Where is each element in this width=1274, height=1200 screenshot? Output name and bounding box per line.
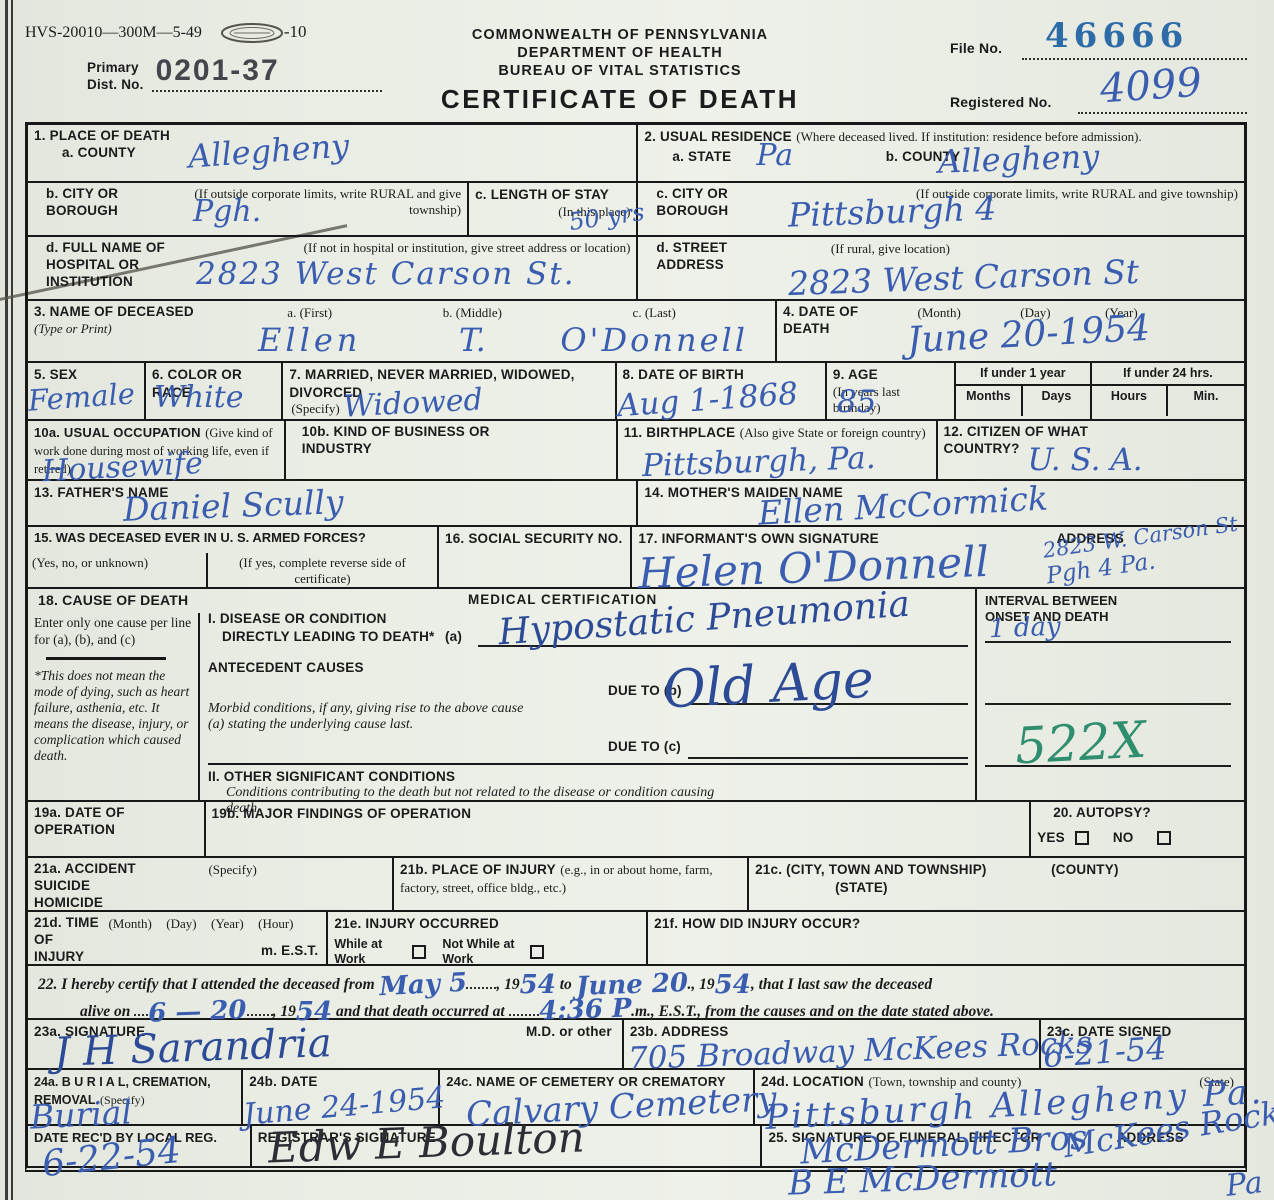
section-21b-place-of-injury: 21b. PLACE OF INJURY (e.g., in or about … xyxy=(394,858,749,910)
middle-name-label: b. (Middle) xyxy=(443,305,502,320)
section-6-label: 6. COLOR OR RACE xyxy=(152,367,242,400)
date-received-label: DATE REC'D BY LOCAL REG. xyxy=(34,1130,217,1145)
section-23b-address: 23b. ADDRESS 705 Broadway McKees Rocks xyxy=(624,1020,1041,1068)
due-to-c-label: DUE TO (c) xyxy=(608,739,681,756)
certify-p7: , 19 xyxy=(273,1003,296,1020)
section-15-label: 15. WAS DECEASED EVER IN U. S. ARMED FOR… xyxy=(28,527,437,549)
months-label: Months xyxy=(956,386,1023,416)
first-name-value: Ellen xyxy=(214,324,405,356)
dots-3 xyxy=(247,1004,273,1016)
section-13-label: 13. FATHER'S NAME xyxy=(34,485,169,500)
header-center: COMMONWEALTH OF PENNSYLVANIA DEPARTMENT … xyxy=(355,26,885,115)
section-9-label: 9. AGE xyxy=(833,367,878,382)
section-24c-label: 24c. NAME OF CEMETERY OR CREMATORY xyxy=(446,1074,726,1089)
section-22-certification: 22. I hereby certify that I attended the… xyxy=(28,966,1244,1020)
while-at-work-label: While at Work xyxy=(334,937,404,967)
section-24c-cemetery: 24c. NAME OF CEMETERY OR CREMATORY Calva… xyxy=(440,1070,755,1124)
row-1b-1c: b. CITY OR BOROUGH (If outside corporate… xyxy=(28,183,636,237)
field-1b-label: b. CITY OR BOROUGH xyxy=(46,186,142,220)
21d-year-label: (Year) xyxy=(211,916,244,931)
medical-certification-body: I. DISEASE OR CONDITION DIRECTLY LEADING… xyxy=(208,611,968,799)
certificate-header: HVS-20010—300M—5-49 -10 Primary Dist. No… xyxy=(25,6,1247,120)
certify-p3: to xyxy=(560,976,572,993)
section-21c-label: 21c. (CITY, TOWN AND TOWNSHIP) xyxy=(755,862,987,877)
row-forces-ssn-informant: 15. WAS DECEASED EVER IN U. S. ARMED FOR… xyxy=(28,527,1244,589)
section-2-note: (Where deceased lived. If institution: r… xyxy=(796,129,1141,144)
field-2d-note: (If rural, give location) xyxy=(831,241,950,256)
autopsy-no-checkbox xyxy=(1157,831,1171,845)
dots-1 xyxy=(466,977,496,989)
dots-4 xyxy=(509,1004,539,1016)
section-11-birthplace: 11. BIRTHPLACE (Also give State or forei… xyxy=(618,421,938,479)
row-burial: 24a. B U R I A L, CREMATION, REMOVAL (Sp… xyxy=(28,1070,1244,1126)
under-1-year-label: If under 1 year xyxy=(956,363,1090,381)
section-11-note: (Also give State or foreign country) xyxy=(740,425,926,440)
section-19a-label: 19a. DATE OF OPERATION xyxy=(34,805,164,839)
section-15-note2: (If yes, complete reverse side of certif… xyxy=(208,553,437,590)
section-24d-location: 24d. LOCATION (Town, township and county… xyxy=(755,1070,1244,1124)
row-place-residence: 1. PLACE OF DEATH a. COUNTY Allegheny b.… xyxy=(28,125,1244,301)
section-23c-label: 23c. DATE SIGNED xyxy=(1047,1024,1171,1039)
section-23b-label: 23b. ADDRESS xyxy=(630,1024,729,1039)
department-line: DEPARTMENT OF HEALTH xyxy=(355,44,885,62)
section-15-armed-forces: 15. WAS DECEASED EVER IN U. S. ARMED FOR… xyxy=(28,527,439,587)
21d-hour-label: (Hour) xyxy=(258,916,293,931)
last-name-value: O'Donnell xyxy=(539,324,769,356)
registered-no-dotted-line xyxy=(1078,112,1247,114)
section-1-place-of-death: 1. PLACE OF DEATH a. COUNTY Allegheny b.… xyxy=(28,125,638,299)
section-7-label: 7. MARRIED, NEVER MARRIED, WIDOWED, DIVO… xyxy=(289,367,574,400)
field-2d-value: 2823 West Carson St xyxy=(788,255,1140,300)
section-21d-time-of-injury: 21d. TIME OF INJURY (Month) (Day) (Year)… xyxy=(28,912,328,964)
registrar-signature-label: REGISTRAR'S SIGNATURE xyxy=(258,1130,436,1145)
field-2d-label: d. STREET ADDRESS xyxy=(656,240,766,274)
section-5-value: Female xyxy=(27,379,136,415)
form-number-suffix: -10 xyxy=(284,22,307,41)
field-2b-label: b. COUNTY xyxy=(886,149,961,164)
section-18-title: 18. CAUSE OF DEATH xyxy=(38,592,188,610)
field-1b-city: b. CITY OR BOROUGH (If outside corporate… xyxy=(28,183,469,235)
cause-instruction-1: Enter only one cause per line for (a), (… xyxy=(34,615,192,649)
form-number: HVS-20010—300M—5-49 xyxy=(25,24,202,41)
certificate-title: CERTIFICATE OF DEATH xyxy=(355,84,885,115)
not-while-at-work-checkbox xyxy=(530,945,544,959)
row-time-of-injury: 21d. TIME OF INJURY (Month) (Day) (Year)… xyxy=(28,912,1244,966)
row-operation-autopsy: 19a. DATE OF OPERATION 19b. MAJOR FINDIN… xyxy=(28,802,1244,858)
section-21e-injury-occurred: 21e. INJURY OCCURRED While at Work Not W… xyxy=(328,912,648,964)
first-name-label: a. (First) xyxy=(287,305,332,320)
file-no-label: File No. xyxy=(950,40,1002,58)
section-9-age: 9. AGE (In years last birthday) 85 xyxy=(827,363,956,419)
md-or-other-label: M.D. or other xyxy=(526,1024,612,1041)
days-label: Days xyxy=(1023,386,1090,416)
interval-line-c xyxy=(985,765,1231,767)
hours-label: Hours xyxy=(1092,386,1168,416)
under-24-hrs-label: If under 24 hrs. xyxy=(1092,363,1244,381)
21d-est-label: m. E.S.T. xyxy=(261,943,318,960)
section-21a-accident: 21a. ACCIDENT SUICIDE HOMICIDE (Specify) xyxy=(28,858,394,910)
autopsy-yes-checkbox xyxy=(1075,831,1089,845)
section-14-label: 14. MOTHER'S MAIDEN NAME xyxy=(644,485,843,500)
field-2d-street: d. STREET ADDRESS (If rural, give locati… xyxy=(638,237,1244,297)
cause-instruction-2: *This does not mean the mode of dying, s… xyxy=(34,668,192,764)
section-17-value: Helen O'Donnell xyxy=(638,541,990,595)
section-8-value: Aug 1-1868 xyxy=(616,379,799,423)
section-24b-label: 24b. DATE xyxy=(249,1074,317,1089)
row-physician-signature: 23a. SIGNATURE M.D. or other J H Sarandr… xyxy=(28,1020,1244,1070)
row-sex-race-birth: 5. SEX Female 6. COLOR OR RACE White 7. … xyxy=(28,363,1244,421)
cause-a-line xyxy=(478,645,968,647)
section-21c-county-label: (COUNTY) xyxy=(1051,862,1119,877)
section-14-mother: 14. MOTHER'S MAIDEN NAME Ellen McCormick xyxy=(638,481,1244,525)
certify-p8: and that death occurred at xyxy=(336,1003,505,1020)
instruction-rule xyxy=(46,657,166,660)
section-21a-note: (Specify) xyxy=(208,862,256,877)
last-name-label: c. (Last) xyxy=(633,305,676,320)
cause-c-line xyxy=(688,757,968,759)
section-19b-findings: 19b. MAJOR FINDINGS OF OPERATION xyxy=(206,802,1032,856)
section-3-name: 3. NAME OF DECEASED (Type or Print) a. (… xyxy=(28,301,777,361)
cause-instructions: Enter only one cause per line for (a), (… xyxy=(34,615,192,764)
row-parents: 13. FATHER'S NAME Daniel Scully 14. MOTH… xyxy=(28,481,1244,527)
section-2-usual-residence: 2. USUAL RESIDENCE (Where deceased lived… xyxy=(638,125,1244,299)
section-4-label: 4. DATE OF DEATH xyxy=(783,304,873,338)
certify-statement: 22. I hereby certify that I attended the… xyxy=(28,966,1244,1018)
field-2c-city: c. CITY OR BOROUGH (If outside corporate… xyxy=(638,183,1244,237)
dots-2 xyxy=(134,1004,148,1016)
section-12-citizen: 12. CITIZEN OF WHAT COUNTRY? U. S. A. xyxy=(938,421,1244,479)
certify-p2: , 19 xyxy=(496,976,519,993)
page-edge-line xyxy=(5,0,13,1200)
section-2-title: 2. USUAL RESIDENCE xyxy=(644,129,791,144)
informant-address-line2: Pgh 4 Pa. xyxy=(1045,538,1243,588)
file-no-dotted-line xyxy=(1022,58,1247,60)
other-conditions-rule xyxy=(208,763,968,765)
section-3-note: (Type or Print) xyxy=(34,321,214,337)
row-accident-place: 21a. ACCIDENT SUICIDE HOMICIDE (Specify)… xyxy=(28,858,1244,912)
certificate-form: 1. PLACE OF DEATH a. COUNTY Allegheny b.… xyxy=(25,122,1247,1172)
antecedent-label: ANTECEDENT CAUSES xyxy=(208,660,968,677)
section-18-cause-of-death: 18. CAUSE OF DEATH MEDICAL CERTIFICATION… xyxy=(28,589,1244,802)
date-received-cell: DATE REC'D BY LOCAL REG. xyxy=(28,1126,252,1166)
cause-b-line xyxy=(688,703,968,705)
section-17-informant: 17. INFORMANT'S OWN SIGNATURE ADDRESS He… xyxy=(632,527,1244,587)
field-1c-label: c. LENGTH OF STAY xyxy=(475,187,609,202)
certify-p5: , that I last saw the deceased xyxy=(751,976,932,993)
field-1a-label: a. COUNTY xyxy=(62,145,630,162)
section-17-label: 17. INFORMANT'S OWN SIGNATURE xyxy=(638,531,879,546)
section-21c-state-label: (STATE) xyxy=(835,880,888,895)
field-1d-institution: d. FULL NAME OF HOSPITAL OR INSTITUTION … xyxy=(28,237,636,297)
section-10b-label: 10b. KIND OF BUSINESS OR INDUSTRY xyxy=(302,424,542,458)
due-to-b-label: DUE TO (b) xyxy=(608,683,682,700)
section-3-label: 3. NAME OF DECEASED xyxy=(34,304,214,321)
section-10b-industry: 10b. KIND OF BUSINESS OR INDUSTRY xyxy=(286,421,618,479)
middle-name-value: T. xyxy=(405,324,539,356)
section-21c-city-county-state: 21c. (CITY, TOWN AND TOWNSHIP) (COUNTY) … xyxy=(749,858,1244,910)
section-8-date-of-birth: 8. DATE OF BIRTH Aug 1-1868 xyxy=(617,363,827,419)
section-15-note1: (Yes, no, or unknown) xyxy=(28,553,208,590)
section-19b-label: 19b. MAJOR FINDINGS OF OPERATION xyxy=(212,806,472,821)
field-1d-label: d. FULL NAME OF HOSPITAL OR INSTITUTION xyxy=(46,240,206,291)
divider-interval xyxy=(975,589,977,800)
registered-no-label: Registered No. xyxy=(950,94,1052,112)
dist-no-dotted-line xyxy=(152,90,382,92)
not-while-at-work-label: Not While at Work xyxy=(442,937,522,967)
section-16-ssn: 16. SOCIAL SECURITY NO. xyxy=(439,527,632,587)
section-7-value: Widowed xyxy=(343,385,484,422)
field-2ab-state-county: 2. USUAL RESIDENCE (Where deceased lived… xyxy=(638,125,1244,183)
dist-no-label: Dist. No. xyxy=(87,77,144,94)
section-5-label: 5. SEX xyxy=(34,367,77,382)
section-21e-label: 21e. INJURY OCCURRED xyxy=(334,916,499,931)
section-9-note: (In years last birthday) xyxy=(833,384,948,417)
dod-year-label: (Year) xyxy=(1105,305,1138,320)
section-5-sex: 5. SEX Female xyxy=(28,363,146,419)
section-23a-label: 23a. SIGNATURE xyxy=(34,1024,145,1039)
section-4-date-of-death: 4. DATE OF DEATH (Month) (Day) (Year) Ju… xyxy=(777,301,1244,361)
section-7-marital: 7. MARRIED, NEVER MARRIED, WIDOWED, DIVO… xyxy=(283,363,616,419)
section-24d-state-note: (State) xyxy=(1199,1074,1234,1090)
certify-p6: alive on xyxy=(80,1003,130,1020)
bureau-line: BUREAU OF VITAL STATISTICS xyxy=(355,62,885,80)
section-7-note: (Specify) xyxy=(291,401,339,417)
field-2c-label: c. CITY OR BOROUGH xyxy=(656,186,756,220)
row-registrar-funeral: DATE REC'D BY LOCAL REG. REGISTRAR'S SIG… xyxy=(28,1126,1244,1166)
dod-day-label: (Day) xyxy=(1020,305,1050,320)
section-24a-burial: 24a. B U R I A L, CREMATION, REMOVAL (Sp… xyxy=(28,1070,243,1124)
certify-p9: .m., E.S.T., from the causes and on the … xyxy=(631,1003,994,1020)
section-1-title: 1. PLACE OF DEATH xyxy=(34,128,630,145)
field-1b-note: (If outside corporate limits, write RURA… xyxy=(161,186,461,219)
dod-month-label: (Month) xyxy=(918,305,961,320)
interval-line-a xyxy=(985,641,1231,643)
autopsy-yes-label: YES xyxy=(1037,830,1065,847)
21d-day-label: (Day) xyxy=(166,916,196,931)
while-at-work-checkbox xyxy=(412,945,426,959)
death-certificate-scan: HVS-20010—300M—5-49 -10 Primary Dist. No… xyxy=(0,0,1274,1200)
section-10a-label: 10a. USUAL OCCUPATION xyxy=(34,425,201,440)
other-conditions-label: II. OTHER SIGNIFICANT CONDITIONS xyxy=(208,769,455,786)
cause-code-value: 522X xyxy=(1014,715,1147,772)
interval-column: INTERVAL BETWEEN ONSET AND DEATH 1 day 5… xyxy=(985,593,1241,798)
section-13-father: 13. FATHER'S NAME Daniel Scully xyxy=(28,481,638,525)
section-20-label: 20. AUTOPSY? xyxy=(1053,805,1238,822)
field-1c-note: (In this place) xyxy=(475,204,630,220)
primary-dist-number: 0201-37 xyxy=(156,54,280,88)
medical-certification-heading: MEDICAL CERTIFICATION xyxy=(468,592,657,609)
21d-month-label: (Month) xyxy=(108,916,151,931)
funeral-director-address-2: Pa xyxy=(1225,1168,1265,1200)
divider-instr xyxy=(198,613,200,800)
funeral-director-label: 25. SIGNATURE OF FUNERAL DIRECTOR xyxy=(768,1130,1040,1145)
interval-line-b xyxy=(985,703,1231,705)
section-20-autopsy: 20. AUTOPSY? YES NO xyxy=(1031,802,1244,856)
section-24d-label: 24d. LOCATION xyxy=(761,1074,864,1089)
funeral-address-label: ADDRESS xyxy=(1117,1130,1184,1147)
field-1d-note: (If not in hospital or institution, give… xyxy=(250,240,630,256)
certify-p4: ., 19 xyxy=(688,976,715,993)
section-21b-label: 21b. PLACE OF INJURY xyxy=(400,862,556,877)
field-1a-county: 1. PLACE OF DEATH a. COUNTY Allegheny xyxy=(28,125,636,183)
section-12-label: 12. CITIZEN OF WHAT COUNTRY? xyxy=(944,424,1144,458)
section-23a-signature: 23a. SIGNATURE M.D. or other J H Sarandr… xyxy=(28,1020,624,1068)
section-24b-value: June 24-1954 xyxy=(242,1083,446,1131)
disease-label-line2: DIRECTLY LEADING TO DEATH* xyxy=(222,629,434,644)
section-21f-label: 21f. HOW DID INJURY OCCUR? xyxy=(654,916,860,931)
field-1c-length-of-stay: c. LENGTH OF STAY (In this place) 50 yrs xyxy=(469,183,636,235)
row-name-dod: 3. NAME OF DECEASED (Type or Print) a. (… xyxy=(28,301,1244,363)
section-10a-occupation: 10a. USUAL OCCUPATION (Give kind of work… xyxy=(28,421,286,479)
section-24d-note: (Town, township and county) xyxy=(868,1074,1021,1089)
certify-p1: 22. I hereby certify that I attended the… xyxy=(38,976,375,993)
section-19a-date-of-operation: 19a. DATE OF OPERATION xyxy=(28,802,206,856)
autopsy-no-label: NO xyxy=(1113,830,1134,847)
field-1d-value: 2823 West Carson St. xyxy=(196,259,576,290)
seal-stamp-icon xyxy=(220,22,284,44)
section-21d-label: 21d. TIME OF INJURY xyxy=(34,915,104,966)
registered-no-value: 4099 xyxy=(1099,62,1203,109)
row-occupation-birthplace: 10a. USUAL OCCUPATION (Give kind of work… xyxy=(28,421,1244,481)
section-24c-value: Calvary Cemetery xyxy=(466,1082,778,1132)
section-24b-date: 24b. DATE June 24-1954 xyxy=(243,1070,440,1124)
header-right: File No. 46666 Registered No. 4099 xyxy=(950,14,1247,118)
interval-label: INTERVAL BETWEEN ONSET AND DEATH xyxy=(985,593,1155,624)
section-8-label: 8. DATE OF BIRTH xyxy=(623,367,744,382)
section-6-color-race: 6. COLOR OR RACE White xyxy=(146,363,283,419)
section-21a-label: 21a. ACCIDENT SUICIDE HOMICIDE xyxy=(34,861,144,912)
registrar-signature-cell: REGISTRAR'S SIGNATURE xyxy=(252,1126,763,1166)
section-11-value: Pittsburgh, Pa. xyxy=(641,443,875,482)
section-11-label: 11. BIRTHPLACE xyxy=(624,425,736,440)
field-2a-label: a. STATE xyxy=(672,149,731,164)
field-2c-note: (If outside corporate limits, write RURA… xyxy=(808,186,1238,202)
section-16-label: 16. SOCIAL SECURITY NO. xyxy=(445,531,622,546)
disease-label-line1: I. DISEASE OR CONDITION xyxy=(208,611,968,628)
section-23c-date-signed: 23c. DATE SIGNED 6-21-54 xyxy=(1041,1020,1244,1068)
commonwealth-line: COMMONWEALTH OF PENNSYLVANIA xyxy=(355,26,885,44)
min-label: Min. xyxy=(1168,386,1244,416)
section-21f-how-injury: 21f. HOW DID INJURY OCCUR? xyxy=(648,912,1244,964)
file-no-value: 46666 xyxy=(1045,16,1188,56)
section-24a-note: (Specify) xyxy=(100,1093,145,1107)
primary-label: Primary xyxy=(87,60,144,77)
funeral-director-cell: 25. SIGNATURE OF FUNERAL DIRECTOR ADDRES… xyxy=(762,1126,1244,1166)
disease-a-tag: (a) xyxy=(445,629,462,644)
morbid-note: Morbid conditions, if any, giving rise t… xyxy=(208,701,538,733)
under-1-year-box: If under 1 year Months Days xyxy=(956,363,1092,419)
under-24-hrs-box: If under 24 hrs. Hours Min. xyxy=(1092,363,1244,419)
